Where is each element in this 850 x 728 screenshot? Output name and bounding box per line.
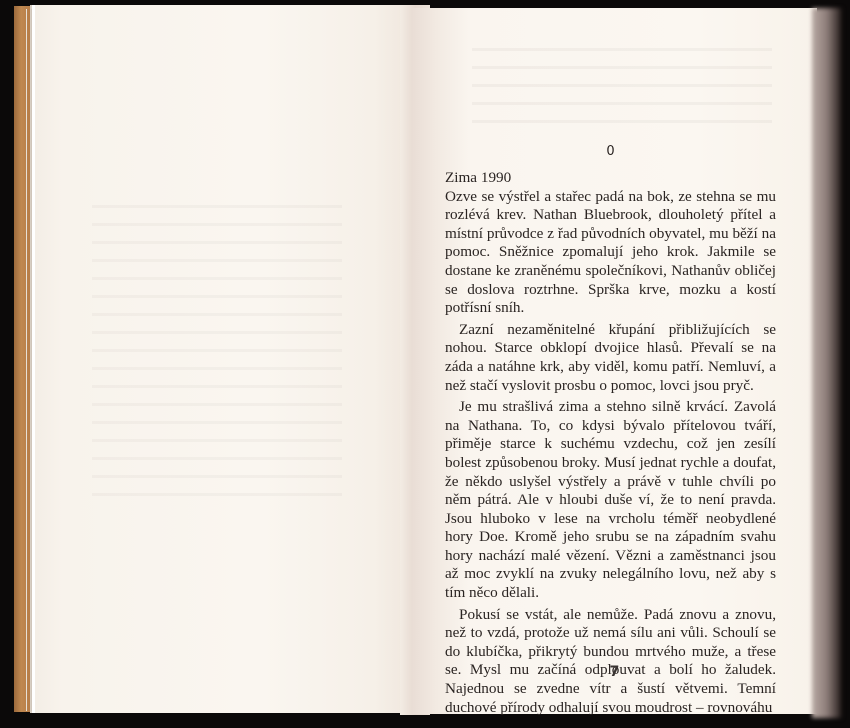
page-edge-shadow [812, 8, 842, 718]
book-spread-photo: 0 Zima 1990 Ozve se výstřel a stařec pad… [0, 0, 850, 728]
paragraph: Je mu strašlivá zima a stehno silně krvá… [445, 398, 776, 603]
paragraph: Pokusí se vstát, ale nemůže. Padá znovu … [445, 606, 776, 718]
page-stack-edge [26, 9, 32, 711]
chapter-number: 0 [445, 143, 776, 161]
page-text-block: 0 Zima 1990 Ozve se výstřel a stařec pad… [445, 143, 776, 717]
paragraph: Ozve se výstřel a stařec padá na bok, ze… [445, 188, 776, 318]
page-number: 7 [412, 664, 817, 680]
bleed-through-text [92, 205, 342, 505]
right-page: 0 Zima 1990 Ozve se výstřel a stařec pad… [412, 8, 817, 714]
bleed-through-text [472, 48, 772, 138]
section-date-heading: Zima 1990 [445, 169, 776, 188]
left-page-blank [30, 5, 412, 713]
paragraph: Zazní nezaměnitelné křupání přibližující… [445, 321, 776, 395]
